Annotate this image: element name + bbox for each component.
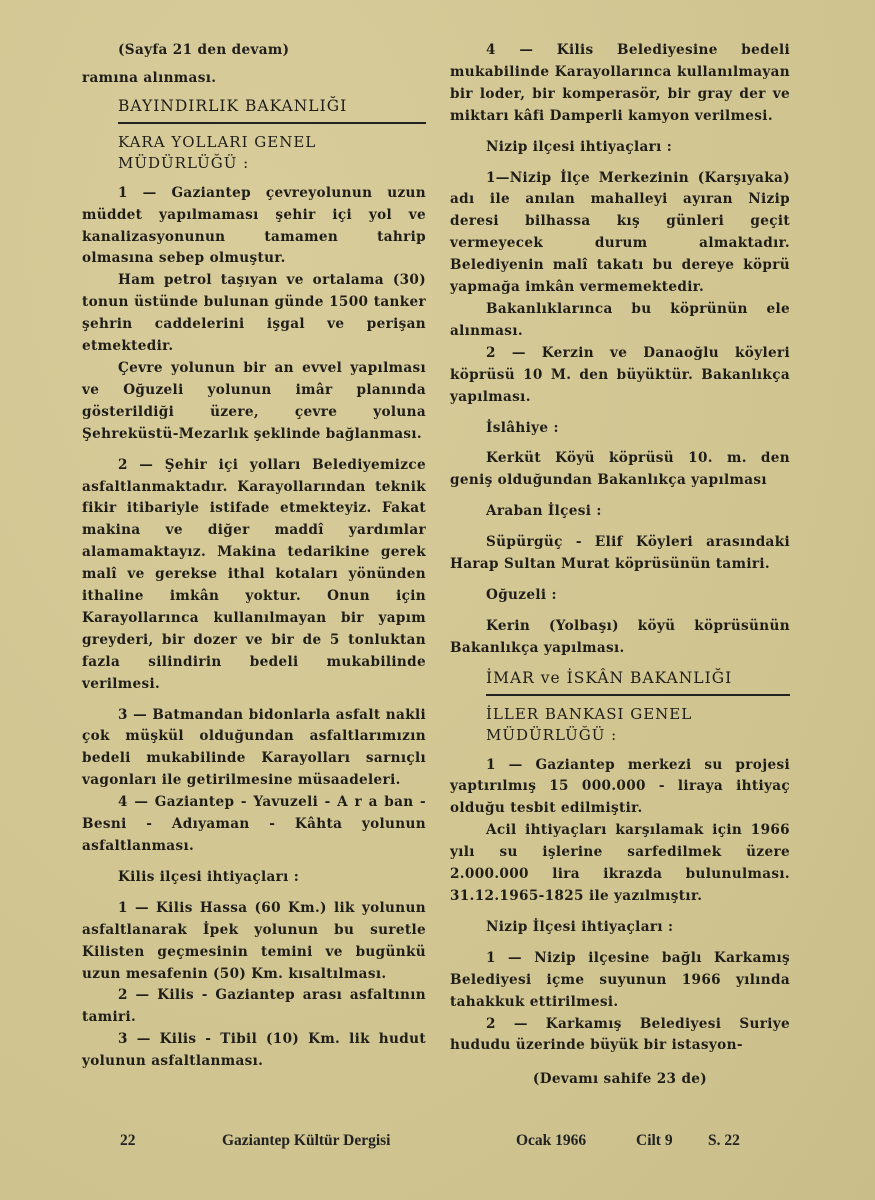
directorate-heading-line2: MÜDÜRLÜĞÜ : <box>82 153 426 174</box>
issue-date: Ocak 1966 <box>516 1132 586 1150</box>
paragraph: 1—Nizip İlçe Merkezinin (Karşıyaka) adı … <box>450 168 790 299</box>
paragraph: 2 — Kerzin ve Danaoğlu köyleri köprüsü 1… <box>450 343 790 409</box>
paragraph: Ham petrol taşıyan ve ortalama (30) tonu… <box>82 270 426 358</box>
paragraph: Süpürgüç - Elif Köyleri arasındaki Harap… <box>450 532 790 576</box>
heading-rule <box>118 122 426 124</box>
paragraph: 4 — Kilis Belediyesine bedeli mukabilind… <box>450 40 790 128</box>
paragraph: Kerin (Yolbaşı) köyü köprüsünün Bakanlık… <box>450 616 790 660</box>
paragraph: Çevre yolunun bir an evvel yapılması ve … <box>82 358 426 446</box>
subheading-kilis: Kilis ilçesi ihtiyaçları : <box>82 867 426 889</box>
ministry-heading-bayindirlik: BAYINDIRLIK BAKANLIĞI <box>82 96 426 118</box>
magazine-name: Gaziantep Kültür Dergisi <box>222 1132 391 1150</box>
continued-from: (Sayfa 21 den devam) <box>82 40 426 62</box>
subheading-islahiye: İslâhiye : <box>450 418 790 440</box>
subheading-oguzeli: Oğuzeli : <box>450 585 790 607</box>
paragraph: 2 — Karkamış Belediyesi Suriye hududu üz… <box>450 1014 790 1058</box>
subheading-nizip-2: Nizip İlçesi ihtiyaçları : <box>450 917 790 939</box>
paragraph: 3 — Kilis - Tibil (10) Km. lik hudut yol… <box>82 1029 426 1073</box>
paragraph: 2 — Şehir içi yolları Belediyemizce asfa… <box>82 455 426 696</box>
subheading-araban: Araban İlçesi : <box>450 501 790 523</box>
paragraph: 4 — Gaziantep - Yavuzeli - A r a ban - B… <box>82 792 426 858</box>
heading-rule <box>486 694 790 696</box>
paragraph: 1 — Nizip ilçesine bağlı Karkamış Beledi… <box>450 948 790 1014</box>
paragraph: 1 — Gaziantep çevreyolunun uzun müddet y… <box>82 183 426 271</box>
left-column: (Sayfa 21 den devam) ramına alınması. BA… <box>82 40 426 1073</box>
directorate-heading-line1: KARA YOLLARI GENEL <box>82 132 426 153</box>
paragraph-fragment: ramına alınması. <box>82 68 426 90</box>
right-column: 4 — Kilis Belediyesine bedeli mukabilind… <box>450 40 790 1091</box>
paragraph: Bakanlıklarınca bu köprünün ele alınması… <box>450 299 790 343</box>
directorate-heading-line1: İLLER BANKASI GENEL <box>450 704 790 725</box>
subheading-nizip: Nizip ilçesi ihtiyaçları : <box>450 137 790 159</box>
ministry-heading-imar: İMAR ve İSKÂN BAKANLIĞI <box>450 668 790 690</box>
directorate-heading-line2: MÜDÜRLÜĞÜ : <box>450 725 790 746</box>
paragraph: Kerküt Köyü köprüsü 10. m. den geniş old… <box>450 448 790 492</box>
paragraph: Acil ihtiyaçları karşılamak için 1966 yı… <box>450 820 790 908</box>
page-number: 22 <box>120 1132 136 1150</box>
paragraph: 1 — Gaziantep merkezi su projesi yaptırı… <box>450 755 790 821</box>
volume: Cilt 9 <box>636 1132 673 1150</box>
paragraph: 2 — Kilis - Gaziantep arası asfaltının t… <box>82 985 426 1029</box>
paragraph: 3 — Batmandan bidonlarla asfalt nakli ço… <box>82 705 426 793</box>
paragraph: 1 — Kilis Hassa (60 Km.) lik yolunun asf… <box>82 898 426 986</box>
issue-number: S. 22 <box>708 1132 740 1150</box>
continued-to: (Devamı sahife 23 de) <box>450 1069 790 1091</box>
